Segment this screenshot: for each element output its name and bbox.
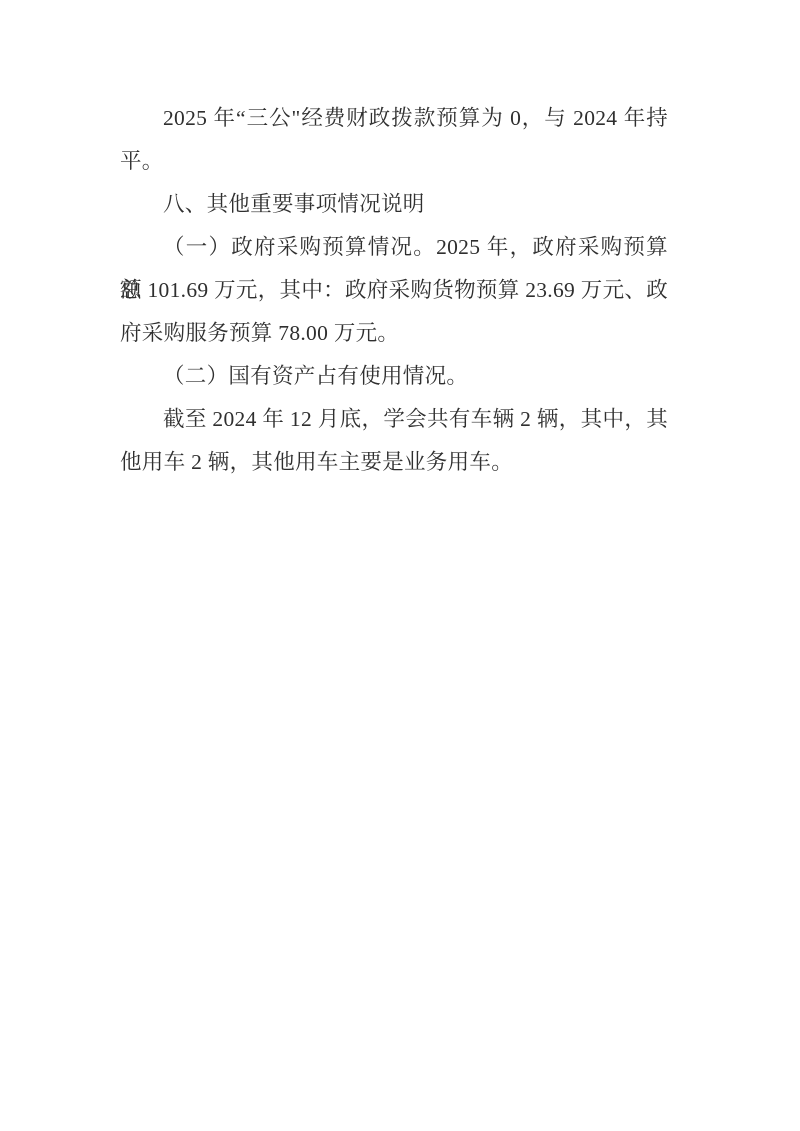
text-line: 他用车 2 辆，其他用车主要是业务用车。	[120, 441, 668, 484]
text-line: 2025 年“三公"经费财政拨款预算为 0，与 2024 年持	[120, 97, 668, 140]
heading-line: 八、其他重要事项情况说明	[120, 183, 668, 226]
paragraph: （一）政府采购预算情况。2025 年，政府采购预算总额 101.69 万元，其中…	[120, 226, 668, 355]
paragraph: （二）国有资产占有使用情况。	[120, 355, 668, 398]
text-line: 额 101.69 万元，其中：政府采购货物预算 23.69 万元、政	[120, 269, 668, 312]
paragraph: 截至 2024 年 12 月底，学会共有车辆 2 辆，其中，其他用车 2 辆，其…	[120, 398, 668, 484]
text-line: 平。	[120, 140, 668, 183]
text-line: 府采购服务预算 78.00 万元。	[120, 312, 668, 355]
paragraph: 2025 年“三公"经费财政拨款预算为 0，与 2024 年持平。	[120, 97, 668, 183]
text-line: （二）国有资产占有使用情况。	[120, 355, 668, 398]
section-heading: 八、其他重要事项情况说明	[120, 183, 668, 226]
text-line: 截至 2024 年 12 月底，学会共有车辆 2 辆，其中，其	[120, 398, 668, 441]
document-page: 2025 年“三公"经费财政拨款预算为 0，与 2024 年持平。八、其他重要事…	[0, 0, 800, 1131]
text-line: （一）政府采购预算情况。2025 年，政府采购预算总	[120, 226, 668, 269]
text-block: 2025 年“三公"经费财政拨款预算为 0，与 2024 年持平。八、其他重要事…	[120, 97, 668, 484]
